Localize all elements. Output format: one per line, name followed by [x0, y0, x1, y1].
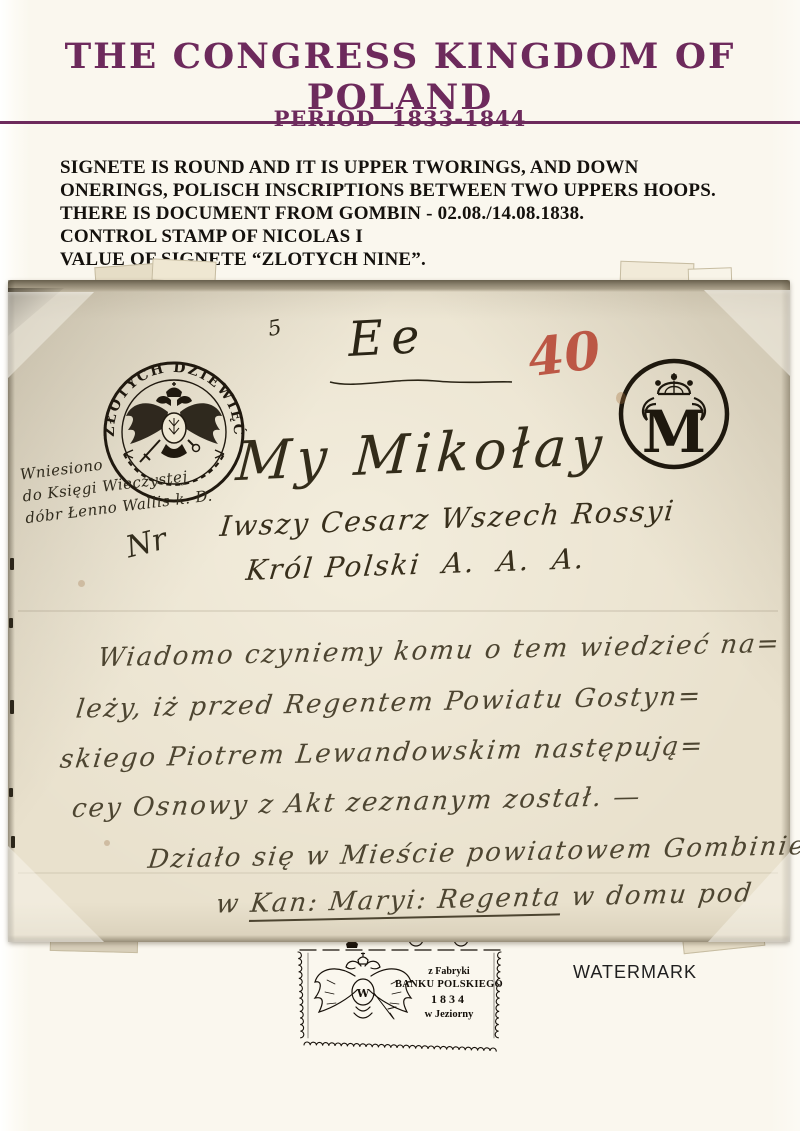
control-seal: M [616, 356, 732, 472]
description-block: SIGNETE IS ROUND AND IT IS UPPER TWORING… [60, 156, 760, 271]
control-seal-crown-icon [656, 373, 692, 394]
description-line: THERE IS DOCUMENT FROM GOMBIN - 02.08./1… [60, 202, 760, 225]
watermark-text-line: z Fabryki [428, 966, 470, 977]
ink-mark [9, 788, 13, 797]
fold-crease [18, 872, 778, 874]
closing-line-post: w domu pod [560, 878, 755, 912]
paper-stain [616, 392, 626, 404]
body-line: cey Osnowy z Akt zeznanym został. — [70, 782, 643, 824]
watermark-text-line: 1834 [431, 992, 467, 1006]
description-line: ONERINGS, POLISCH INSCRIPTIONS BETWEEN T… [60, 179, 760, 202]
closing-line-pre: w [214, 889, 252, 920]
document-top-edge [8, 280, 790, 292]
watermark-text-line: BANKU POLSKIEGO [395, 979, 503, 990]
document-scan: 5 Ee 40 ZŁOTYCH DZIEWIĘĆ [8, 280, 790, 942]
filing-mark-underline [326, 374, 516, 390]
royal-heading-line: Król Polski A. A. A. [244, 542, 587, 587]
description-line: SIGNETE IS ROUND AND IT IS UPPER TWORING… [60, 156, 760, 179]
body-line: skiego Piotrem Lewandowskim następują= [58, 731, 706, 775]
margin-note: Wniesiono do Księgi Wieczystej dóbr Łenn… [19, 441, 214, 529]
royal-heading-line: Iwszy Cesarz Wszech Rossyi [218, 494, 677, 543]
filing-mark: Ee [347, 308, 429, 368]
watermark-eagle-monogram: W [356, 987, 370, 1000]
ink-mark [10, 700, 14, 714]
red-tax-number: 40 [525, 320, 604, 389]
body-line: Wiadomo czyniemy komu o tem wiedzieć na= [96, 629, 782, 673]
paper-stain [104, 840, 110, 846]
ink-mark [9, 618, 13, 628]
closing-line: w Kan: Maryi: Regenta w domu pod [214, 878, 755, 919]
closing-line-underlined: Kan: Maryi: Regenta [248, 882, 563, 922]
royal-heading-line: My Mikołay [234, 414, 608, 493]
paper-stain [78, 580, 85, 587]
watermark-drawing: M Io W [288, 928, 513, 1053]
ink-mark [10, 558, 14, 570]
body-line: Działo się w Mieście powiatowem Gombinie [146, 831, 800, 875]
exhibit-page: THE CONGRESS KINGDOM OF POLAND PERIOD 18… [0, 0, 800, 1131]
photo-corner [8, 846, 104, 942]
pencil-number: 5 [266, 315, 283, 341]
document-bottom-edge [8, 935, 790, 942]
margin-paraph: Nr [122, 522, 170, 566]
description-line: CONTROL STAMP OF NICOLAS I [60, 225, 760, 248]
photo-corner [8, 292, 94, 378]
fold-crease [18, 610, 778, 612]
watermark-label: WATERMARK [573, 962, 697, 983]
body-line: leży, iż przed Regentem Powiatu Gostyn= [74, 681, 704, 724]
ink-mark [11, 836, 15, 848]
control-seal-monogram: M [642, 398, 706, 466]
watermark-text-line: w Jeziorny [425, 1009, 474, 1020]
period-subtitle: PERIOD 1833-1844 [0, 106, 800, 131]
